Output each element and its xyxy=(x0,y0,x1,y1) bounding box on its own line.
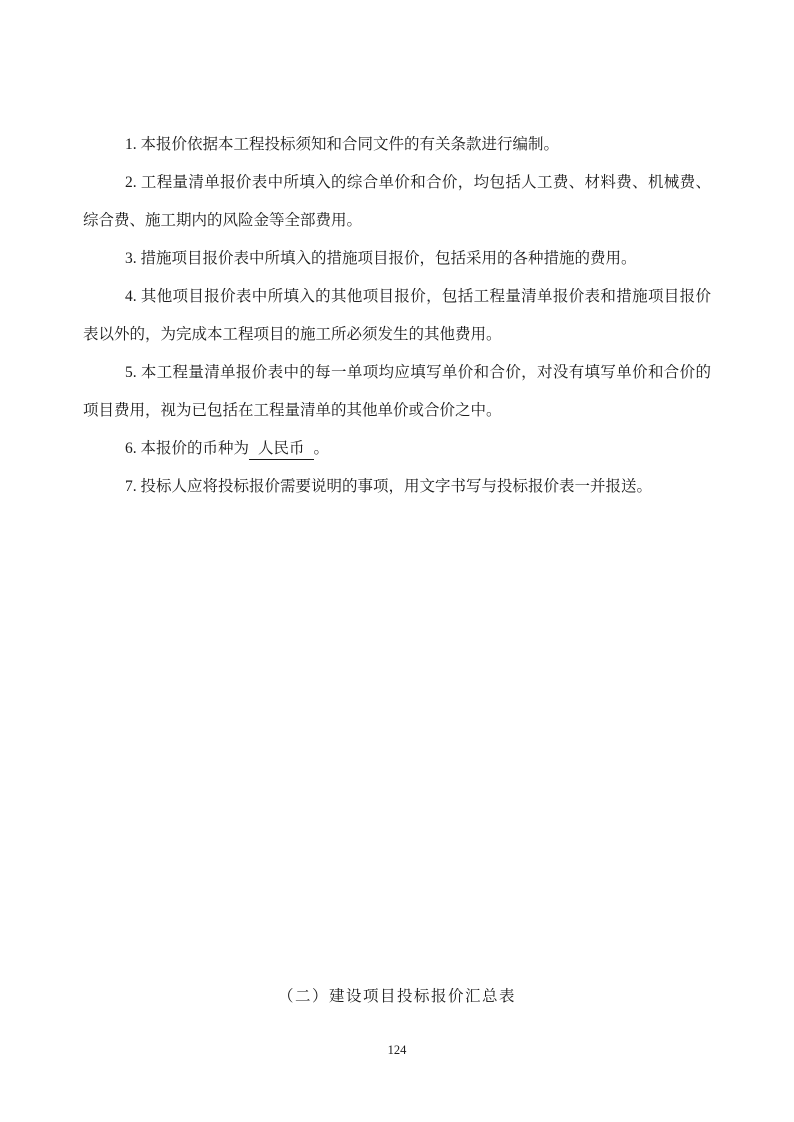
note-6-suffix: 。 xyxy=(314,440,330,457)
note-5: 5. 本工程量清单报价表中的每一单项均应填写单价和合价，对没有填写单价和合价的项… xyxy=(83,354,711,430)
section-heading: （二）建设项目投标报价汇总表 xyxy=(0,986,794,1008)
note-6-prefix: 6. 本报价的币种为 xyxy=(125,440,249,457)
document-body: 1. 本报价依据本工程投标须知和合同文件的有关条款进行编制。 2. 工程量清单报… xyxy=(83,126,711,506)
note-7: 7. 投标人应将投标报价需要说明的事项，用文字书写与投标报价表一并报送。 xyxy=(83,468,711,506)
page-number: 124 xyxy=(0,1042,794,1058)
currency-fill-in-value: 人民币 xyxy=(249,439,314,460)
note-4: 4. 其他项目报价表中所填入的其他项目报价，包括工程量清单报价表和措施项目报价表… xyxy=(83,278,711,354)
note-2: 2. 工程量清单报价表中所填入的综合单价和合价，均包括人工费、材料费、机械费、综… xyxy=(83,164,711,240)
note-6: 6. 本报价的币种为人民币。 xyxy=(83,430,711,468)
document-page: 1. 本报价依据本工程投标须知和合同文件的有关条款进行编制。 2. 工程量清单报… xyxy=(0,0,794,1122)
note-3: 3. 措施项目报价表中所填入的措施项目报价，包括采用的各种措施的费用。 xyxy=(83,240,711,278)
note-1: 1. 本报价依据本工程投标须知和合同文件的有关条款进行编制。 xyxy=(83,126,711,164)
